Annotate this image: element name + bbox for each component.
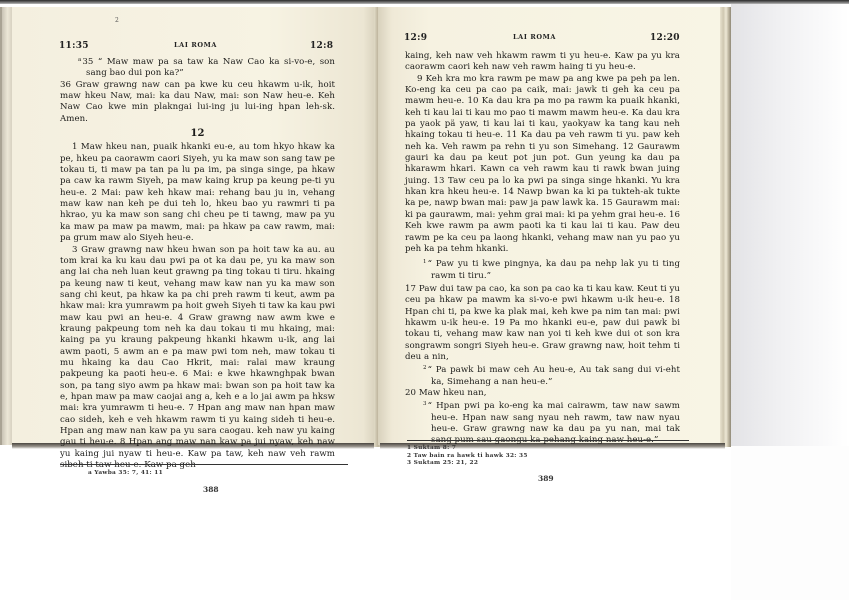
- right-running-head-verse-end: 12:20: [650, 33, 680, 43]
- verse-paragraph: 36 Graw grawng naw can pa kwe ku ceu hka…: [60, 80, 335, 125]
- right-running-head-title: LAI ROMA: [513, 33, 556, 41]
- verse-quote: 2“ Pa pawk bi maw ceh Au heu-e, Au tak s…: [405, 363, 680, 388]
- verse-quote: 1“ Paw yu ti kwe pingnya, ka dau pa nehp…: [405, 257, 680, 282]
- scanner-background-bottom-right: [731, 446, 849, 600]
- left-running-head-verse-start: 11:35: [59, 41, 89, 51]
- right-page-body: kaing, keh naw veh hkawm rawm ti yu heu-…: [405, 51, 680, 447]
- verse-paragraph: 3 Graw grawng naw hkeu hwan son pa hoit …: [60, 245, 335, 472]
- margin-mark: 2: [115, 17, 119, 24]
- right-page-number: 389: [538, 474, 554, 483]
- verse-paragraph: kaing, keh naw veh hkawm rawm ti yu heu-…: [405, 51, 680, 74]
- footnote: 3 Suktam 25: 21, 22: [407, 460, 528, 468]
- left-page-body: a35 “ Maw maw pa sa taw ka Naw Cao ka si…: [60, 55, 335, 471]
- verse-paragraph: 9 Keh kra mo kra rawm pe maw pa ang kwe …: [405, 74, 680, 256]
- verse-quote: a35 “ Maw maw pa sa taw ka Naw Cao ka si…: [60, 55, 335, 80]
- left-footnotes: a Yawba 35: 7, 41: 11: [88, 470, 163, 478]
- verse-paragraph: 17 Paw dui taw pa cao, ka son pa cao ka …: [405, 284, 680, 363]
- footnote-rule: [60, 464, 348, 465]
- footnote-marker: 2: [423, 365, 427, 371]
- verse-paragraph: 20 Maw hkeu nan,: [405, 388, 680, 399]
- chapter-number: 12: [60, 128, 335, 139]
- footnote: 2 Taw bain ra hawk ti hawk 32: 35: [407, 453, 528, 461]
- left-page-number: 388: [203, 485, 219, 494]
- left-running-head-verse-end: 12:8: [310, 41, 333, 51]
- footnote: a Yawba 35: 7, 41: 11: [88, 470, 163, 478]
- footnote-rule: [407, 440, 689, 441]
- verse-paragraph: 1 Maw hkeu nan, puaik hkanki eu-e, au to…: [60, 142, 335, 244]
- footnote-marker: a: [78, 57, 81, 63]
- left-running-head-title: LAI ROMA: [174, 41, 217, 49]
- right-running-head-verse-start: 12:9: [404, 33, 427, 43]
- footnote-marker: 1: [423, 259, 427, 265]
- footnote-marker: 3: [423, 401, 427, 407]
- footnote: 1 Suktam 8: 7: [407, 445, 528, 453]
- right-page-edges: [720, 7, 731, 447]
- right-footnotes: 1 Suktam 8: 7 2 Taw bain ra hawk ti hawk…: [407, 445, 528, 468]
